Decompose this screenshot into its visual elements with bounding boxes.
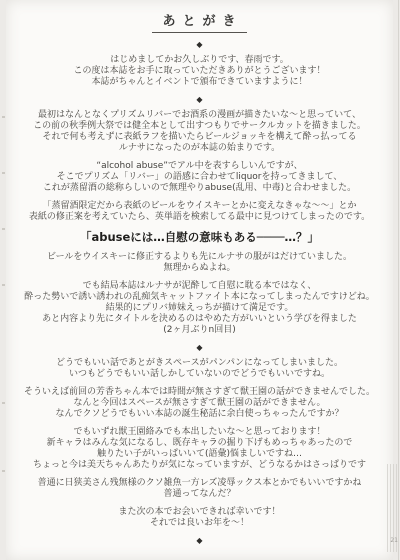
scan-noise-speck	[2, 284, 5, 286]
diamond-separator-icon: ◆	[6, 95, 393, 104]
diamond-separator-icon: ◆	[6, 536, 393, 545]
scan-right-edge-line	[398, 0, 399, 560]
diamond-separator-icon: ◆	[6, 40, 393, 49]
text-line: “alcohol abuse”でアル中を表すらしいんですが、	[6, 161, 393, 172]
paragraph: でもいずれ獣王園絡みでも本出したいな～と思っております！新キャラはみんな気になる…	[6, 427, 393, 471]
scan-noise-speck	[2, 470, 5, 472]
afterword-content: ◆はじめましてかお久しぶりです、春雨です。この度は本誌をお手に取っていただきあり…	[6, 40, 393, 545]
text-line: ビールをウイスキーに修正するよりも先にルナサの服がはだけていました。	[6, 252, 393, 263]
text-line: 酔った勢いで誘い誘われの乱痴気キャットファイト本になってしまったんですけどね。	[6, 292, 393, 303]
scan-noise-speck	[2, 402, 5, 404]
headline-paragraph: 「abuseには…自慰の意味もある────…？」	[6, 230, 393, 244]
paragraph: 普通に日狭美さん残無様のクソ雑魚一方レズ凌辱ックス本とかでもいいですかね普通って…	[6, 478, 393, 500]
scan-noise-speck	[2, 228, 5, 230]
text-line: ルナサになったのが本誌の始まりです。	[6, 143, 393, 154]
text-line: いつもどうでもいい話しかしていないのでどうでもいいですね。	[6, 369, 393, 380]
scan-noise-speck	[2, 116, 5, 118]
paragraph: “alcohol abuse”でアル中を表すらしいんですが、そこでプリズム「リバ…	[6, 161, 393, 194]
text-line: また次の本でお会いできれば幸いです！	[6, 507, 393, 518]
diamond-separator-icon: ◆	[6, 343, 393, 352]
text-line: それで何も考えずに表紙ラフを描いたらビールジョッキを構えて酔っ払ってる	[6, 132, 393, 143]
text-line: 普通ってなんだ？	[6, 489, 393, 500]
text-line: 触りたい子がいっぱいいて(語彙)悩ましいですね…	[6, 449, 393, 460]
scanned-afterword-screenshot: { "page": { "title": "あとがき", "page_numbe…	[0, 0, 400, 560]
text-line: 本誌がちゃんとイベントで頒布できていますように！	[6, 77, 393, 88]
text-line: これが蒸留酒の総称らしいので無理やりabuse(乱用、中毒)と合わせました。	[6, 183, 393, 194]
paragraph: 「蒸留酒限定だから表紙のビールをウイスキーとかに変えなきゃな～～」とか表紙の修正…	[6, 201, 393, 223]
text-line: 新キャラはみんな気になるし、既存キャラの掘り下げもめっちゃあったので	[6, 438, 393, 449]
paragraph: 最初はなんとなくプリズムリバーでお酒系の漫画が描きたいな～と思っていて、この前の…	[6, 110, 393, 154]
paragraph: そういえば前回の芳香ちゃん本では時間が無さすぎて獣王園の話ができませんでした。な…	[6, 387, 393, 420]
text-line: 普通に日狭美さん残無様のクソ雑魚一方レズ凌辱ックス本とかでもいいですかね	[6, 478, 393, 489]
text-line: それでは良いお年を～！	[6, 518, 393, 529]
text-line: そこでプリズム「リバー」の語感に合わせてliquorを持ってきまして、	[6, 172, 393, 183]
text-line: どうでもいい話であとがきスペースがパンパンになってしまいました。	[6, 358, 393, 369]
paragraph: ビールをウイスキーに修正するよりも先にルナサの服がはだけていました。無理からぬよ…	[6, 252, 393, 274]
text-line: 表紙の修正案を考えていたら、英単語を検索してる最中に見つけてしまったのです。	[6, 212, 393, 223]
text-line: でも結局本誌はルナサが泥酔して自慰に耽る本ではなく、	[6, 281, 393, 292]
paragraph: また次の本でお会いできれば幸いです！それでは良いお年を～！	[6, 507, 393, 529]
text-line: なんでクソどうでもいい本誌の誕生秘話に余白使っちゃったんですか？	[6, 409, 393, 420]
scan-noise-speck	[2, 172, 5, 174]
text-line: 「蒸留酒限定だから表紙のビールをウイスキーとかに変えなきゃな～～」とか	[6, 201, 393, 212]
text-line: 無理からぬよね。	[6, 263, 393, 274]
text-line: でもいずれ獣王園絡みでも本出したいな～と思っております！	[6, 427, 393, 438]
text-line: あと内容より先にタイトルを決めるのはやめた方がいいという学びを得ました	[6, 314, 393, 325]
text-line: この前の秋季例大祭では健全本として出すつもりでサークルカットを描きました。	[6, 121, 393, 132]
text-line: 「abuseには…自慰の意味もある────…？」	[6, 230, 393, 244]
page-title: あとがき	[152, 10, 246, 33]
paragraph: どうでもいい話であとがきスペースがパンパンになってしまいました。いつもどうでもい…	[6, 358, 393, 380]
text-line: そういえば前回の芳香ちゃん本では時間が無さすぎて獣王園の話ができませんでした。	[6, 387, 393, 398]
text-line: 最初はなんとなくプリズムリバーでお酒系の漫画が描きたいな～と思っていて、	[6, 110, 393, 121]
text-line: ちょっと今は美天ちゃんあたりが気になっていますが、どうなるかはさっぱりです	[6, 460, 393, 471]
text-line: (2ヶ月ぶりn回目)	[6, 325, 393, 336]
text-line: なんと今回はスペースが無さすぎて獣王園の話ができません。	[6, 398, 393, 409]
paragraph: はじめましてかお久しぶりです、春雨です。この度は本誌をお手に取っていただきありが…	[6, 55, 393, 88]
afterword-page: あとがき ◆はじめましてかお久しぶりです、春雨です。この度は本誌をお手に取ってい…	[6, 0, 393, 560]
text-line: はじめましてかお久しぶりです、春雨です。	[6, 55, 393, 66]
text-line: この度は本誌をお手に取っていただきありがとうございます！	[6, 66, 393, 77]
paragraph: でも結局本誌はルナサが泥酔して自慰に耽る本ではなく、酔った勢いで誘い誘われの乱痴…	[6, 281, 393, 336]
text-line: 結果的にプリバ姉妹えっちが描けて満足です。	[6, 303, 393, 314]
page-number: 21	[390, 537, 398, 544]
